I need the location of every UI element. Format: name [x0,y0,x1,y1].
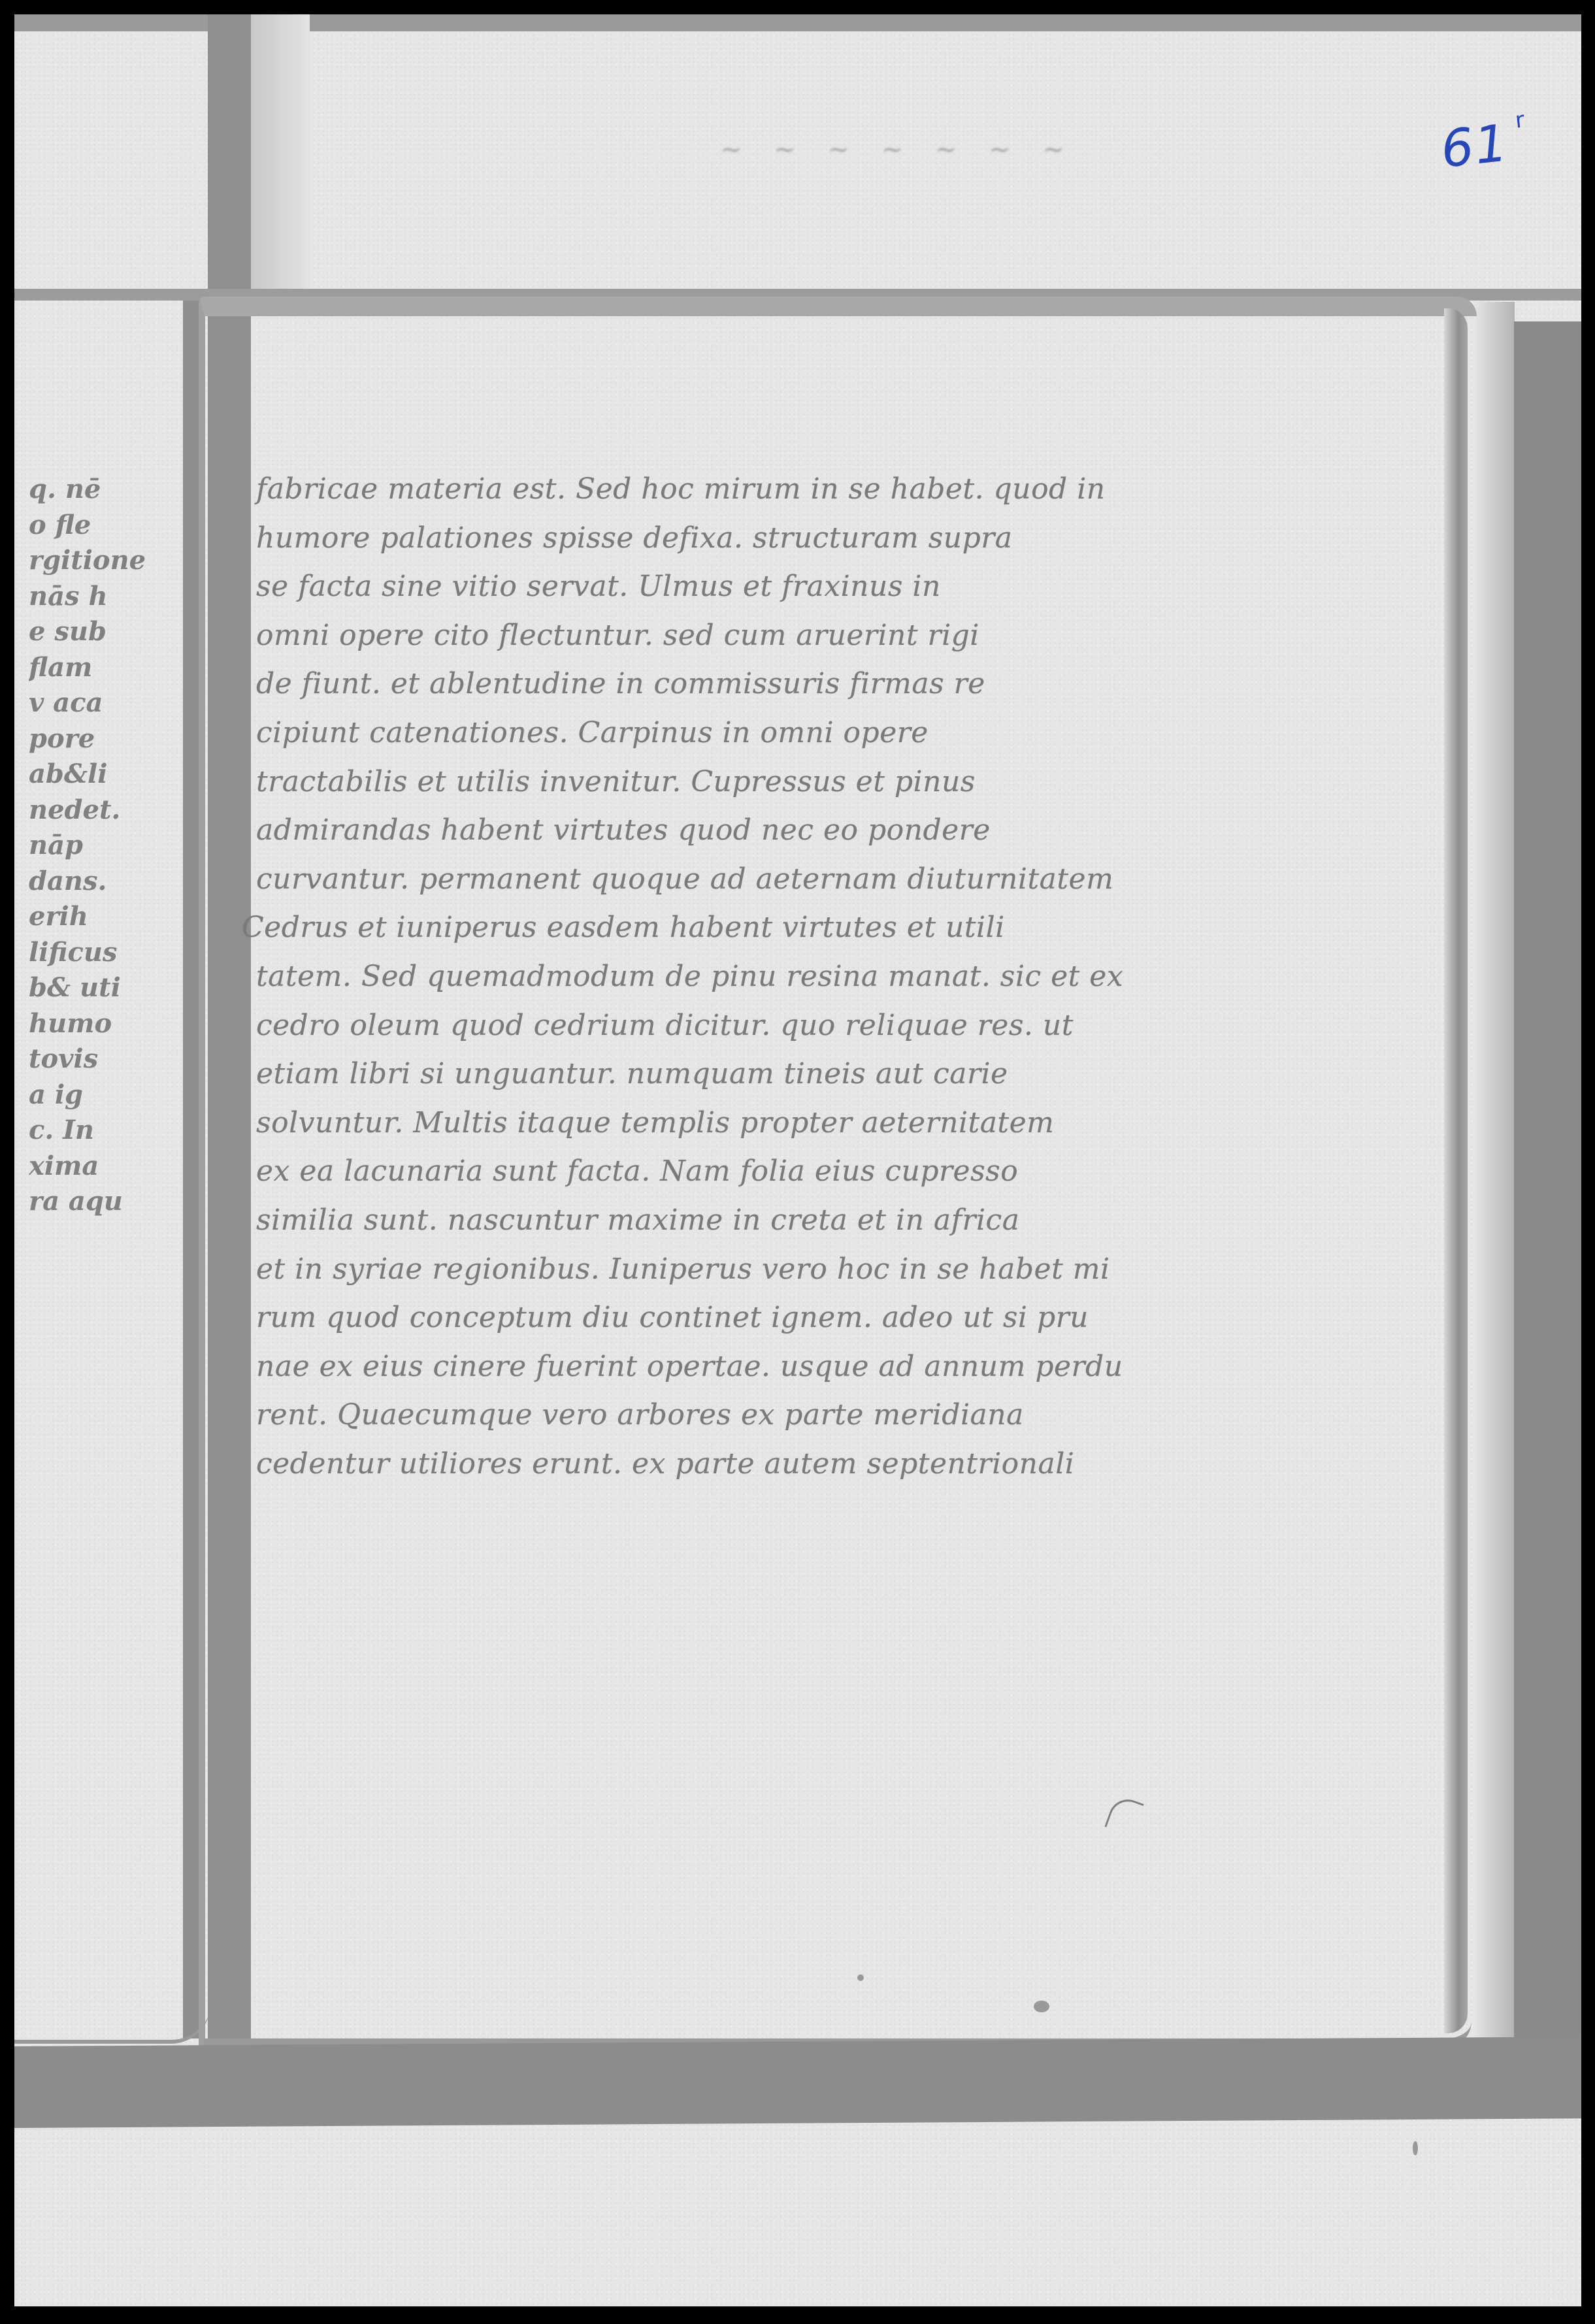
ink-speck [1034,2001,1049,2012]
left-page-bottom-edge [14,2001,210,2044]
manuscript-line: Cedrus et iuniperus easdem habent virtut… [242,904,1197,953]
left-line: xima [29,1149,186,1185]
manuscript-line: admirandas habent virtutes quod nec eo p… [256,806,1197,855]
right-edge-fade [1475,302,1515,2040]
folio-side: r [1514,106,1527,133]
ink-speck [1413,2141,1418,2155]
left-line: nāp [29,828,186,864]
left-line: humo [29,1006,186,1042]
left-line: ab&li [29,757,186,793]
left-line: pore [29,721,186,757]
left-line: rgitione [29,543,186,579]
left-line: flam [29,650,186,686]
left-line: erih [29,899,186,935]
photocopy-sheet: ~ ~ ~ ~ ~ ~ ~ 61r q. nē o fle rgitione n… [14,14,1581,2306]
left-page-text: q. nē o fle rgitione nās h e sub flam v … [29,472,186,1220]
manuscript-line: solvuntur. Multis itaque templis propter… [256,1099,1197,1148]
left-line: dans. [29,864,186,900]
left-line: o fle [29,508,186,544]
folio-number-value: 61 [1438,114,1511,179]
left-line: c. In [29,1113,186,1149]
manuscript-line: nae ex eius cinere fuerint opertae. usqu… [256,1343,1197,1392]
header-bleed-through: ~ ~ ~ ~ ~ ~ ~ [720,135,1076,165]
manuscript-line: fabricae materia est. Sed hoc mirum in s… [256,465,1197,514]
left-line: v aca [29,685,186,721]
manuscript-line: et in syriae regionibus. Iuniperus vero … [256,1245,1197,1294]
manuscript-line: omni opere cito flectuntur. sed cum arue… [256,612,1197,661]
manuscript-line: cedro oleum quod cedrium dicitur. quo re… [256,1002,1197,1051]
left-line: e sub [29,614,186,650]
right-edge-shadow [1514,321,1581,2053]
manuscript-line: cedentur utiliores erunt. ex parte autem… [256,1440,1197,1489]
manuscript-line: cipiunt catenationes. Carpinus in omni o… [256,709,1197,758]
manuscript-line: curvantur. permanent quoque ad aeternam … [256,855,1197,904]
left-line: tovis [29,1041,186,1077]
left-line: q. nē [29,472,186,508]
manuscript-line: humore palationes spisse defixa. structu… [256,514,1197,563]
folio-number: 61r [1438,106,1531,179]
main-text-block: fabricae materia est. Sed hoc mirum in s… [256,465,1197,1488]
manuscript-line: similia sunt. nascuntur maxime in creta … [256,1196,1197,1245]
manuscript-line: tractabilis et utilis invenitur. Cupress… [256,758,1197,807]
manuscript-line: etiam libri si unguantur. numquam tineis… [256,1050,1197,1099]
left-line: b& uti [29,970,186,1006]
left-line: nedet. [29,793,186,828]
left-line: a ig [29,1077,186,1113]
manuscript-line: de fiunt. et ablentudine in commissuris … [256,660,1197,709]
gutter-highlight [251,14,310,295]
ink-speck [857,1974,864,1981]
bottom-shadow-band [14,2037,1581,2128]
left-line: nās h [29,579,186,615]
left-line: ra aqu [29,1184,186,1220]
left-line: lificus [29,935,186,971]
manuscript-line: tatem. Sed quemadmodum de pinu resina ma… [256,953,1197,1002]
main-page-fore-edge [1444,308,1468,2033]
manuscript-line: ex ea lacunaria sunt facta. Nam folia ei… [256,1147,1197,1196]
manuscript-line: rum quod conceptum diu continet ignem. a… [256,1294,1197,1343]
manuscript-line: rent. Quaecumque vero arbores ex parte m… [256,1391,1197,1440]
manuscript-line: se facta sine vitio servat. Ulmus et fra… [256,563,1197,612]
